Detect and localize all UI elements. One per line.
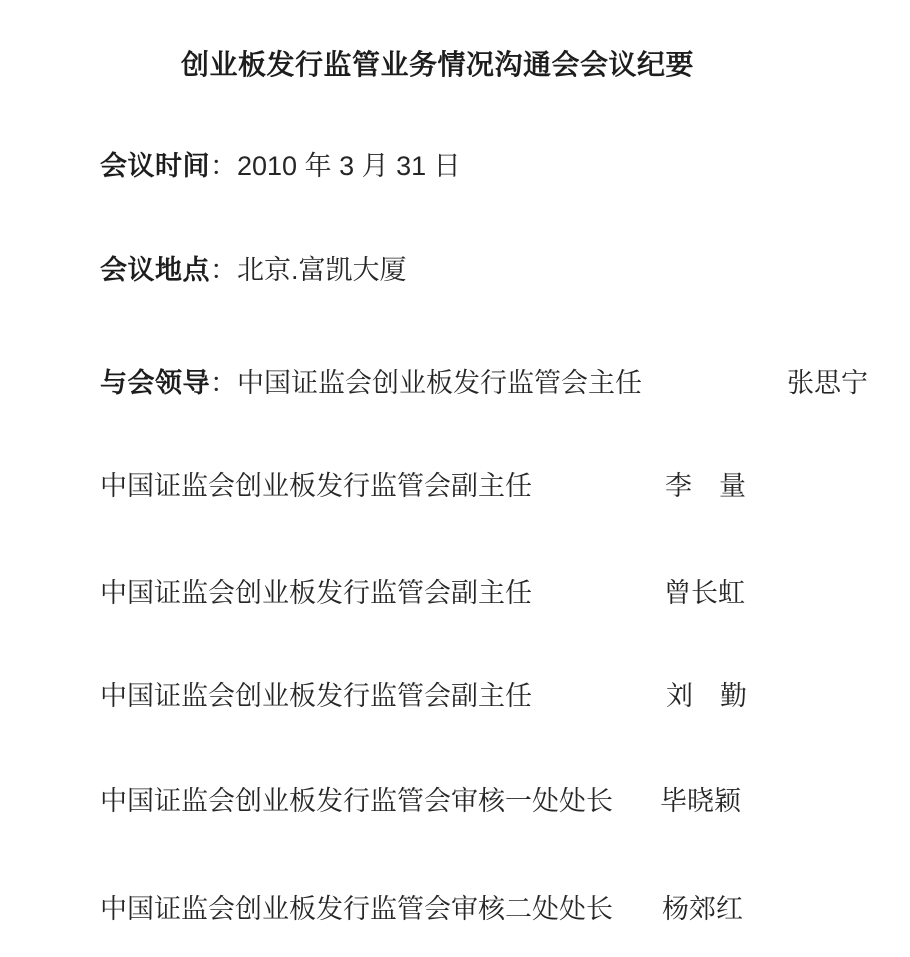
attendee-title: 中国证监会创业板发行监管会主任 [237,368,642,398]
meeting-time-row: 会议时间：2010 年 3 月 31 日 [0,150,910,182]
meeting-time-value: 2010 年 3 月 31 日 [237,151,461,181]
attendee-row: 与会领导：中国证监会创业板发行监管会主任 张思宁 [0,367,910,399]
colon-separator: ： [210,255,237,285]
attendee-row: 中国证监会创业板发行监管会审核一处处长 毕晓颖 [0,785,910,817]
attendee-row: 中国证监会创业板发行监管会副主任 曾长虹 [0,577,910,609]
attendee-name: 李 量 [665,470,746,502]
attendee-name: 杨郊红 [662,893,743,925]
colon-separator: ： [210,368,237,398]
attendee-title: 中国证监会创业板发行监管会审核一处处长 [100,786,613,816]
attendee-title: 中国证监会创业板发行监管会审核二处处长 [100,894,613,924]
attendee-name: 刘 勤 [666,680,747,712]
attendee-leaders-label: 与会领导 [100,368,210,398]
attendee-row: 中国证监会创业板发行监管会副主任 李 量 [0,470,910,502]
attendee-name: 曾长虹 [664,577,745,609]
meeting-location-value: 北京.富凯大厦 [237,255,407,285]
attendee-name: 张思宁 [787,367,868,399]
meeting-location-row: 会议地点：北京.富凯大厦 [0,254,910,286]
document-page: { "page": { "title": "创业板发行监管业务情况沟通会会议纪要… [0,0,910,957]
attendee-name: 毕晓颖 [660,785,741,817]
attendee-row: 中国证监会创业板发行监管会审核二处处长 杨郊红 [0,893,910,925]
meeting-location-label: 会议地点 [100,255,210,285]
attendee-title: 中国证监会创业板发行监管会副主任 [100,681,532,711]
attendee-title: 中国证监会创业板发行监管会副主任 [100,471,532,501]
meeting-time-label: 会议时间 [100,151,210,181]
colon-separator: ： [210,151,237,181]
attendee-row: 中国证监会创业板发行监管会副主任 刘 勤 [0,680,910,712]
document-title: 创业板发行监管业务情况沟通会会议纪要 [0,50,910,81]
attendee-title: 中国证监会创业板发行监管会副主任 [100,578,532,608]
